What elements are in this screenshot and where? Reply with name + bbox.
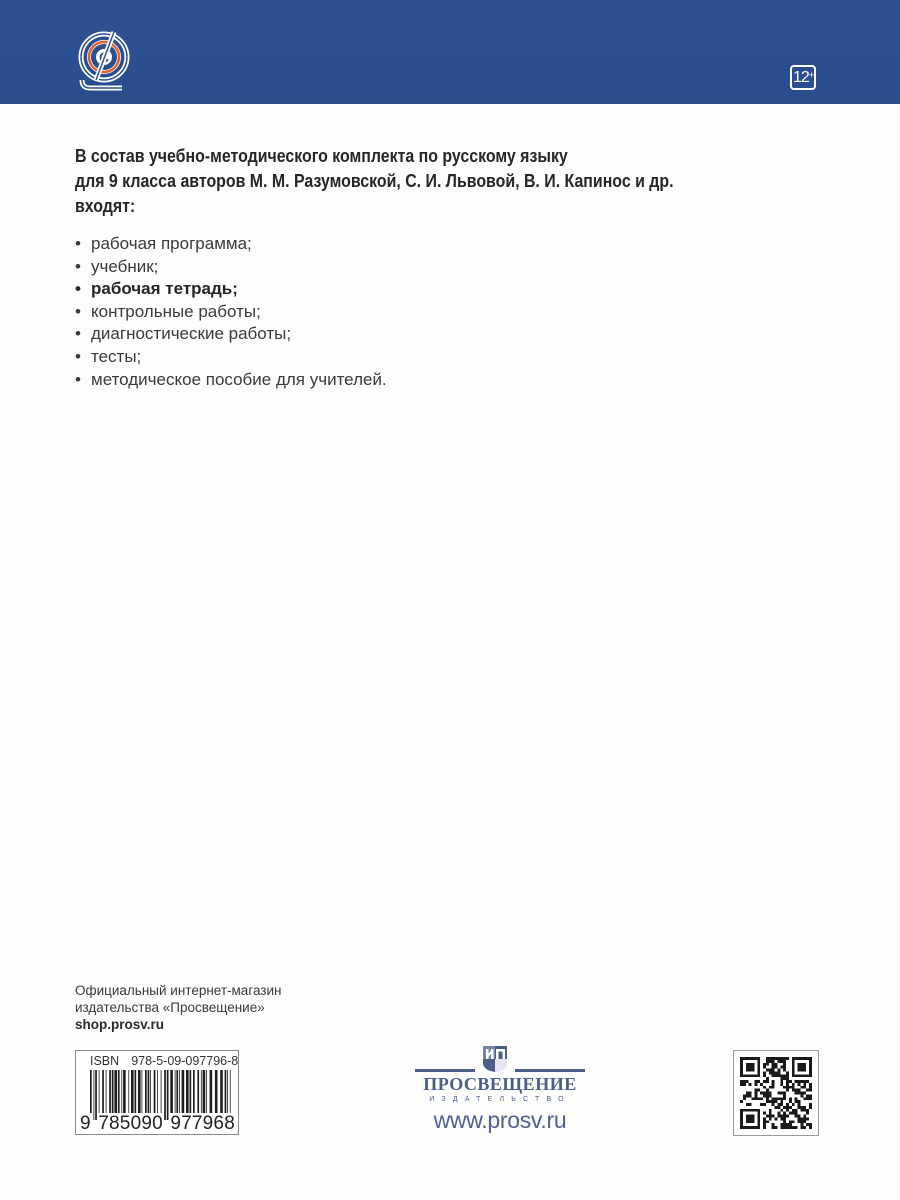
- intro-line-2: для 9 класса авторов М. М. Разумовской, …: [75, 168, 849, 193]
- official-shop-info: Официальный интернет-магазин издательств…: [75, 982, 282, 1033]
- age-rating-plus: +: [809, 70, 813, 80]
- kit-item: методическое пособие для учителей.: [75, 369, 387, 392]
- barcode-digits: 9 785090 977968: [79, 1113, 236, 1135]
- barcode-digits-group-2: 977968: [169, 1113, 236, 1134]
- publisher-mark-icon: [482, 1045, 508, 1073]
- qr-code-box: [733, 1050, 819, 1136]
- kit-item-highlighted: рабочая тетрадь;: [75, 278, 387, 301]
- intro-line-1: В состав учебно-методического комплекта …: [75, 143, 849, 168]
- kit-item: рабочая программа;: [75, 233, 387, 256]
- cover-header-band: C 12+: [0, 0, 900, 104]
- isbn-text: ISBN978-5-09-097796-8: [90, 1054, 238, 1068]
- kit-item: учебник;: [75, 256, 387, 279]
- series-logo-icon: C: [74, 30, 134, 94]
- isbn-label: ISBN: [90, 1054, 119, 1068]
- shop-url-link[interactable]: shop.prosv.ru: [75, 1016, 282, 1033]
- shop-line-2: издательства «Просвещение»: [75, 999, 282, 1016]
- isbn-barcode-box: ISBN978-5-09-097796-8 9 785090 977968: [75, 1050, 239, 1135]
- publisher-url-link[interactable]: www.prosv.ru: [415, 1107, 585, 1134]
- age-rating-value: 12: [793, 69, 809, 86]
- kit-item: тесты;: [75, 346, 387, 369]
- publisher-rule-right: [515, 1069, 585, 1072]
- publisher-rule-left: [415, 1069, 475, 1072]
- barcode-digits-group-1: 785090: [97, 1113, 164, 1134]
- qr-code-icon[interactable]: [740, 1057, 812, 1129]
- kit-item: контрольные работы;: [75, 301, 387, 324]
- age-rating-badge: 12+: [790, 65, 816, 90]
- kit-items-list: рабочая программа; учебник; рабочая тетр…: [75, 233, 387, 391]
- isbn-number: 978-5-09-097796-8: [131, 1054, 238, 1068]
- publisher-name: ПРОСВЕЩЕНИЕ: [415, 1074, 585, 1095]
- shop-line-1: Официальный интернет-магазин: [75, 982, 282, 999]
- kit-item: диагностические работы;: [75, 323, 387, 346]
- intro-line-3: входят:: [75, 193, 849, 218]
- barcode-digit-first: 9: [79, 1113, 92, 1134]
- publisher-logo-block: ПРОСВЕЩЕНИЕ ИЗДАТЕЛЬСТВО www.prosv.ru: [415, 1043, 585, 1163]
- kit-intro-heading: В состав учебно-методического комплекта …: [75, 143, 849, 218]
- publisher-subtitle: ИЗДАТЕЛЬСТВО: [415, 1096, 585, 1103]
